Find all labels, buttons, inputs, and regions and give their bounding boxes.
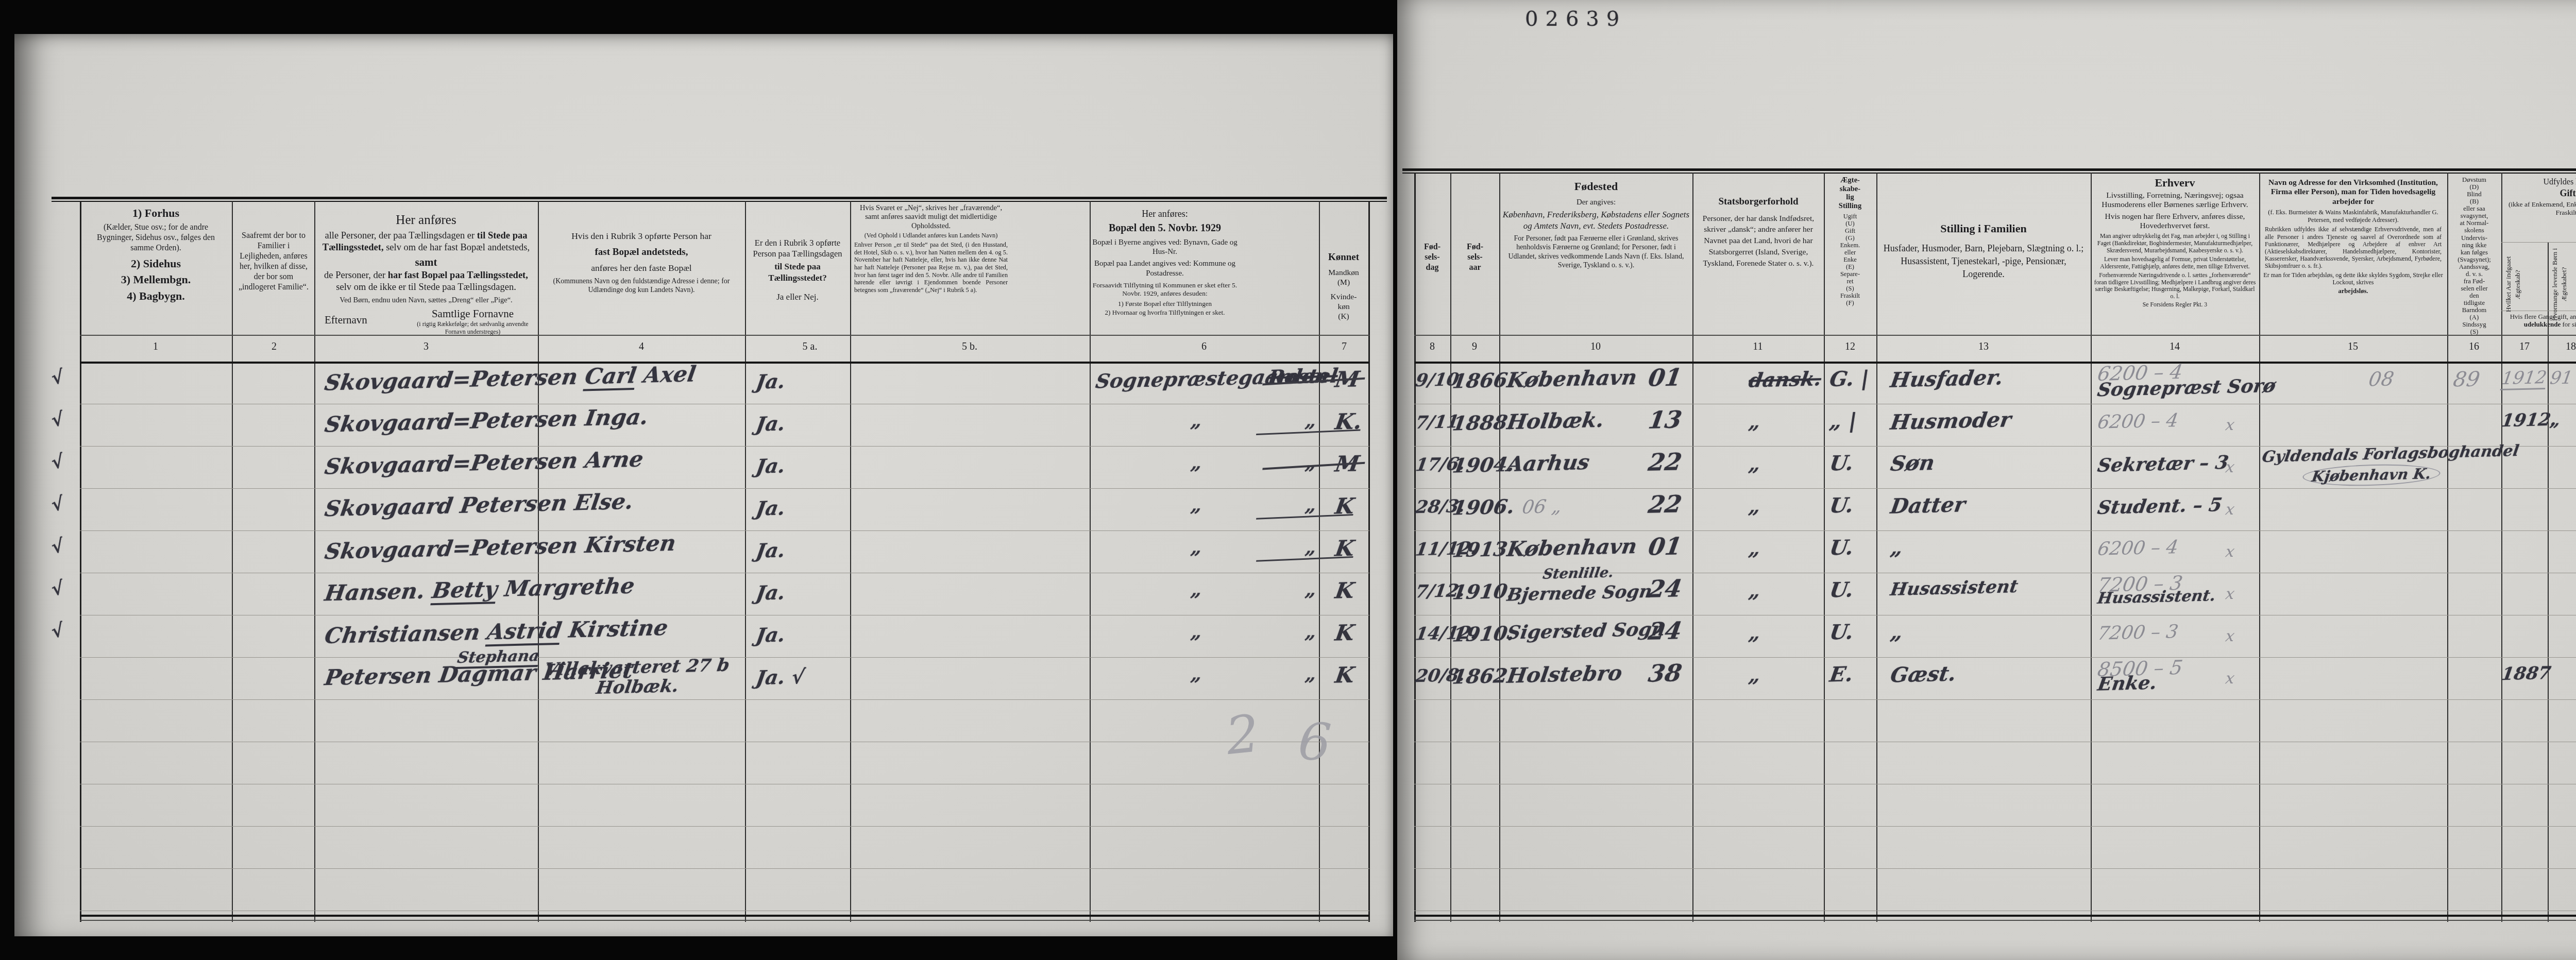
header-surname: Efternavn [325,313,402,327]
pencil-annotation: 6 [1296,711,1333,773]
header-col-birthday: Fød- sels- dag [1415,242,1450,273]
grid-rule [2501,242,2576,243]
cell-marital: U. [1828,451,1855,475]
cell-name: Skovgaard=Petersen Kirsten [323,530,677,564]
col-number-17: 17 [2510,341,2539,353]
given-name: Inga. [583,404,650,431]
header-text: anføres her den faste Bopæl [540,263,742,274]
header-text: Personer, der har dansk Indfødsret, skri… [1695,213,1822,269]
header-col-family-position: Stilling i Familien Husfader, Husmoder, … [1880,221,2087,281]
header-col-address-1929: Her anføres: Bopæl den 5. Novbr. 1929 Bo… [1092,208,1238,335]
cell-marriage-year: 1912 [2500,367,2548,390]
grid-rule [80,868,1369,869]
cell-citizenship: „ [1748,410,1762,434]
col-number-2: 2 [260,341,289,353]
cell-present: Ja. [754,412,787,435]
col-number-18: 18 [2556,341,2576,353]
table-row: Stephana Petersen Dagmar Harriet Villakv… [0,657,2576,699]
header-col-disability: Døvstum (D) Blind (B) eller saa svagsyne… [2449,176,2500,335]
col-number-13: 13 [1969,341,1998,353]
header-text: København, Frederiksberg, Købstadens ell… [1502,209,1690,231]
cell-birthplace: Holbæk. [1505,408,1605,435]
cell-citizenship: „ [1748,663,1762,687]
cell-fixed-residence-city: Holbæk. [595,676,680,698]
grid-rule [1414,784,2576,784]
grid-rule [80,920,1369,921]
header-text: Statsborgerforhold [1695,196,1822,208]
cell-sex: K [1333,578,1356,604]
header-col-building: 1) Forhus (Kælder, Stue osv.; for de and… [82,206,229,335]
header-col-fixed-residence: Hvis den i Rubrik 3 opførte Person har f… [540,231,742,334]
header-text: de Personer, der [324,270,388,281]
cell-birthyear: 1906. [1451,495,1516,520]
cell-occupation-code: 6200 – 4 [2096,410,2180,433]
header-text: 2) Hvornaar og hvorfra Tilflytningen er … [1092,308,1238,317]
ditto-mark: „ [1304,579,1318,601]
ditto-mark: „ [1304,621,1318,643]
pencil-annotation: x [2224,627,2235,645]
given-name: Axel [634,361,698,388]
cell-citizenship: dansk. [1747,367,1823,391]
col-number-5a: 5 a. [795,341,824,353]
header-text: Stilling i Familien [1880,221,2087,236]
surname: Skovgaard Petersen [323,490,577,521]
header-text: Forhenværende Næringsdrivende o. l. sætt… [2093,272,2257,301]
grid-rule [80,784,1369,784]
grid-rule [80,915,1369,917]
cell-name: Skovgaard=Petersen Carl Axel [323,361,698,396]
cell-birthplace: 06 „ [1521,496,1563,518]
header-text: Er man for Tiden arbejdsløs, og dette ik… [2262,271,2445,286]
given-name: Margrethe [495,573,636,602]
header-text: Hvis den i Rubrik 3 opførte Person har [540,231,742,242]
header-text: (i rigtig Rækkefølge; det sædvanlig anve… [412,320,533,335]
cell-address-struck: Rostel [1266,364,1340,388]
given-name: Arne [583,446,645,473]
header-text: 3) Mellembgn. [82,272,229,287]
pencil-annotation: 89 [2451,367,2481,391]
given-name: Kirstine [560,615,670,643]
header-text: Enhver Person „er til Stede“ paa det Ste… [854,241,1008,294]
ditto-mark: „ [1190,621,1204,643]
pencil-annotation: x [2224,585,2235,603]
header-text: Ægte- skabe- lig Stilling [1825,176,1875,211]
header-text: Lever man hovedsagelig af Formue, privat… [2093,256,2257,270]
header-text: til Stede paa Tællingsstedet? [748,261,848,283]
grid-rule [80,742,1369,742]
cell-birthplace-code: 24 [1647,574,1684,603]
header-col-marriage-year: Hvilket Aar indgaaet Ægteskab? [2504,246,2546,322]
table-row: √ Skovgaard=Petersen Kirsten Ja. „ „ K 1… [0,530,2576,573]
header-text: Hvis Svaret er „Nej“, skrives her „fravæ… [854,204,1008,231]
header-text: Gifte [2503,187,2576,199]
cell-citizenship: „ [1748,452,1762,476]
given-name-underlined: Carl [583,363,638,391]
header-text: (f. Eks. Burmeister & Wains Maskinfabrik… [2262,209,2445,224]
header-text: Der angives: [1502,198,1690,208]
header-married-group: Udfyldes kun af Gifte (ikke af Enkemænd,… [2503,177,2576,217]
header-text: 1) Første Bopæl efter Tilflytningen [1092,300,1238,308]
cell-sex: K [1333,662,1356,688]
cell-birthplace: Holstebro [1505,661,1624,688]
cell-birthplace-code: 13 [1647,405,1684,434]
serial-stamp: 02639 [1525,7,1626,31]
col-number-6: 6 [1190,341,1218,353]
cell-sex: K [1333,620,1356,646]
cell-family-position: Husfader. [1889,365,2005,392]
header-col-present: Er den i Rubrik 3 opførte Person paa Tæl… [748,238,848,334]
surname: Skovgaard=Petersen [323,448,587,479]
col-number-9: 9 [1460,341,1489,353]
header-text: Ja eller Nej. [748,292,848,302]
header-text: 4) Bagbygn. [82,289,229,303]
grid-rule [1414,826,2576,827]
table-row: √ Skovgaard=Petersen Inga. Ja. „ „ K. 7/… [0,404,2576,446]
col-number-16: 16 [2460,341,2488,353]
cell-birthplace-correction: Stenlille. [1541,564,1615,582]
header-text: For Personer, født paa Færøerne eller i … [1502,234,1690,270]
cell-sex: M [1333,366,1361,392]
col-number-1: 1 [141,341,170,353]
cell-present: Ja. [754,580,787,604]
header-text: Navn og Adresse for den Virksomhed (Inst… [2262,178,2445,207]
check-mark: √ [50,535,66,558]
cell-occupation: Enke. [2096,672,2159,695]
cell-birthplace-code: 22 [1647,448,1684,476]
header-text: (ikke af Enkemænd, Enker, Separerede ell… [2503,200,2576,218]
cell-birthplace-code: 01 [1647,532,1684,561]
grid-rule [1414,742,2576,742]
cell-sex: K [1333,493,1356,519]
cell-sex: M [1333,451,1361,476]
pencil-annotation: x [2224,416,2235,434]
grid-rule [1414,920,2576,921]
header-text: selv om de ikke er til Stede paa Tælling… [336,282,516,293]
ditto-mark: „ [1304,410,1318,432]
header-text: Bopæl paa Landet angives ved: Kommune og… [1092,259,1238,279]
ditto-mark: „ [1304,494,1318,516]
pencil-annotation: x [2224,501,2235,519]
cell-birthplace-code: 24 [1647,616,1684,645]
header-text: Mandkøn (M) [1320,268,1367,288]
col-number-14: 14 [2160,341,2189,353]
pencil-annotation: x [2224,670,2235,688]
header-text: Bopæl i Byerne angives ved: Bynavn, Gade… [1092,238,1238,258]
cell-marital: „ | [1828,408,1858,433]
surname: Skovgaard=Petersen [323,364,587,395]
cell-occupation: Sekretær – 3 [2096,452,2230,476]
header-text: Rubrikken udfyldes ikke af selvstændige … [2262,226,2445,269]
surname: Petersen Dagmar [323,660,545,690]
cell-occupation: Student. – 5 [2096,494,2224,519]
cell-family-position: „ [1889,620,1904,645]
pencil-annotation: 08 [2367,367,2396,390]
header-col-two-families: Saafremt der bor to Familier i Lejlighed… [236,231,311,334]
col-number-12: 12 [1836,341,1865,353]
grid-rule [1414,868,2576,869]
col-number-8: 8 [1418,341,1447,353]
header-col-employer: Navn og Adresse for den Virksomhed (Inst… [2262,178,2445,333]
header-text: Husfader, Husmoder, Barn, Plejebarn, Slæ… [1880,242,2087,281]
col-number-15: 15 [2338,341,2367,353]
given-name-underlined: Betty [430,576,499,605]
header-text: Er den i Rubrik 3 opførte Person paa Tæl… [748,238,848,259]
cell-marriage-year: 1887 [2500,663,2552,684]
cell-present: Ja. [754,369,787,393]
header-text: (Kælder, Stue osv.; for de andre Bygning… [87,222,225,253]
surname: Skovgaard=Petersen [323,405,587,437]
table-row: √ Skovgaard=Petersen Arne Ja. „ „ M 17/6… [0,446,2576,488]
cell-family-position: Husassistent [1889,576,2019,600]
cell-birthplace: Bjernede Sogn [1505,581,1653,606]
grid-rule [1414,699,2576,700]
table-row: √ Skovgaard Petersen Else. Ja. „ „ K 28/… [0,488,2576,530]
header-text: samt [317,255,535,269]
cell-birthplace-code: 22 [1647,490,1684,519]
cell-birthplace: Sigersted Sogn [1505,618,1667,643]
cell-present: Ja. [754,496,787,520]
cell-name: Skovgaard=Petersen Arne [323,446,645,479]
header-col-sex: Kønnet Mandkøn (M) Kvinde- køn (K) [1320,251,1367,322]
header-text: alle Personer, der paa Tællingsdagen er [325,231,477,241]
header-text: Ved Børn, endnu uden Navn, sættes „Dreng… [317,296,535,305]
given-name-underlined: Astrid [485,618,564,646]
header-text: (Kommunens Navn og den fuldstændige Adre… [540,277,742,295]
ditto-mark: „ [1190,410,1204,432]
cell-marital: U. [1828,493,1855,518]
header-text: Erhverv [2093,176,2257,190]
cell-occupation-code: 7200 – 3 [2096,621,2180,644]
header-text: har fast Bopæl paa Tællingsstedet, [388,270,528,281]
cell-birthplace-code: 38 [1647,659,1684,688]
col-number-4: 4 [627,341,656,353]
header-firstnames: Samtlige Fornavne (i rigtig Rækkefølge; … [412,307,533,335]
header-text: 2) Sidehus [82,256,229,271]
header-text: selv om de har fast Bopæl andetsteds, [384,243,530,253]
col-number-5b: 5 b. [955,341,984,353]
cell-name: Skovgaard=Petersen Inga. [323,404,650,437]
table-row: √ Christiansen Astrid Kirstine Ja. „ „ K… [0,615,2576,657]
cell-present: Ja. √ [754,665,806,689]
grid-rule [80,911,1369,911]
cell-citizenship: „ [1748,537,1762,560]
cell-citizenship: „ [1748,579,1762,603]
ditto-mark: „ [1190,663,1204,685]
col-number-7: 7 [1330,341,1359,353]
cell-citizenship: „ [1748,621,1762,645]
header-text: for sidste Ægteskab. [2561,320,2576,328]
cell-family-position: „ [1889,536,1904,560]
header-text: Hvis flere Gange gift, anføres Oplysning… [2510,313,2576,320]
grid-rule [80,335,1369,336]
header-text: (Ved Ophold i Udlandet anføres kun Lande… [854,232,1008,239]
surname: Christiansen [323,619,489,648]
ditto-mark: „ [1190,452,1204,474]
cell-name: Skovgaard Petersen Else. [323,489,635,522]
cell-citizenship: „ [1748,494,1762,518]
cell-present: Ja. [754,623,787,646]
cell-marital: E. [1828,662,1855,687]
cell-family-position: Gæst. [1889,661,1958,687]
header-col-living-children: Hvormange levende Børn i Ægteskabet? [2550,244,2576,324]
header-text: Fødested [1502,179,1690,194]
check-mark: √ [50,366,66,389]
cell-birthplace: København [1505,534,1639,561]
header-text: Forsaavidt Tilflytning til Kommunen er s… [1092,281,1238,299]
cell-fixed-residence: Villakvarteret 27 b [543,655,731,680]
header-text: Livsstilling, Forretning, Næringsvej; og… [2093,191,2257,210]
pencil-annotation: 2 [1223,703,1262,766]
header-text: 1) Forhus [82,206,229,220]
given-name: Else. [573,489,635,516]
header-col-birthyear: Fød- sels- aar [1451,242,1499,273]
header-text: Her anføres: [1092,208,1238,220]
header-col-citizenship: Statsborgerforhold Personer, der har dan… [1695,196,1822,333]
grid-rule [1414,911,2576,911]
cell-marital: U. [1828,535,1855,560]
cell-present: Ja. [754,538,787,562]
ditto-mark: „ [1190,579,1204,601]
col-number-10: 10 [1581,341,1610,353]
col-number-3: 3 [412,341,440,353]
cell-living-children: 91 [2549,367,2574,388]
check-mark: √ [50,450,66,473]
cell-occupation-code: 6200 – 4 [2096,537,2180,560]
header-text: Se Forsidens Regler Pkt. 3 [2093,301,2257,308]
cell-sex: K. [1333,408,1364,434]
cell-birthplace: København [1505,365,1639,392]
cell-birthplace: Aarhus [1505,450,1591,476]
header-text: Man angiver udtrykkelig det Fag, man arb… [2093,233,2257,254]
ditto-mark: „ [1304,663,1318,685]
header-text: Kvinde- køn (K) [1320,292,1367,322]
cell-marital: U. [1828,620,1855,644]
check-mark: √ [50,408,66,431]
surname: Skovgaard=Petersen [323,533,587,564]
header-text: Hvis nogen har flere Erhverv, anføres di… [2093,212,2257,231]
cell-occupation: Husassistent. [2096,587,2217,608]
given-name: Kirsten [583,530,677,558]
cell-sex: K [1333,536,1356,561]
check-mark: √ [50,619,66,642]
header-text: Ugift (U) Gift (G) Enkem. eller Enke (E)… [1825,213,1875,306]
col-number-11: 11 [1743,341,1772,353]
cell-marital: G. | [1828,366,1871,391]
header-col-birthplace: Fødested Der angives: København, Frederi… [1502,179,1690,333]
header-col-marital: Ægte- skabe- lig Stilling Ugift (U) Gift… [1825,176,1875,334]
header-text: Bopæl den 5. Novbr. 1929 [1092,222,1238,235]
table-row: √ Skovgaard=Petersen Carl Axel Ja. Sogne… [0,362,2576,404]
header-col-absent: Hvis Svaret er „Nej“, skrives her „fravæ… [854,204,1008,334]
cell-birthplace-code: 01 [1647,363,1684,392]
grid-rule [80,826,1369,827]
cell-family-position: Datter [1889,492,1967,519]
header-married-note: Hvis flere Gange gift, anføres Oplysning… [2504,313,2576,329]
cell-name: Hansen. Betty Margrethe [323,573,636,606]
grid-rule [80,699,1369,700]
cell-marital: U. [1828,577,1855,602]
header-text: arbejdsløs. [2262,287,2445,295]
grid-rule [1414,335,2576,336]
header-text: Samtlige Fornavne [412,307,533,320]
header-text: Her anføres [317,212,535,228]
surname: Hansen. [323,578,434,606]
ditto-mark: „ [1190,494,1204,516]
cell-family-position: Søn [1889,451,1936,476]
check-mark: √ [50,492,66,516]
header-text: fast Bopæl andetsteds, [540,246,742,259]
header-text: udelukkende [2524,320,2561,328]
header-text: Kønnet [1320,251,1367,264]
grid-rule [1414,915,2576,917]
cell-name: Christiansen Astrid Kirstine [323,615,670,648]
check-mark: √ [50,577,66,600]
ditto-mark: „ [1304,452,1318,474]
cell-occupation: Sognepræst Sorø [2096,375,2277,401]
cell-present: Ja. [754,454,787,477]
cell-family-position: Husmoder [1889,407,2013,435]
header-col-occupation: Erhverv Livsstilling, Forretning, Næring… [2093,176,2257,333]
ditto-mark: „ [1304,537,1318,558]
ditto-mark: „ [1190,537,1204,558]
pencil-annotation: x [2224,543,2235,561]
header-text: Udfyldes kun af [2543,178,2576,186]
cell-employer-city: Kjøbenhavn K. [2301,463,2442,487]
table-row: √ Hansen. Betty Margrethe Ja. „ „ K 7/12… [0,573,2576,615]
